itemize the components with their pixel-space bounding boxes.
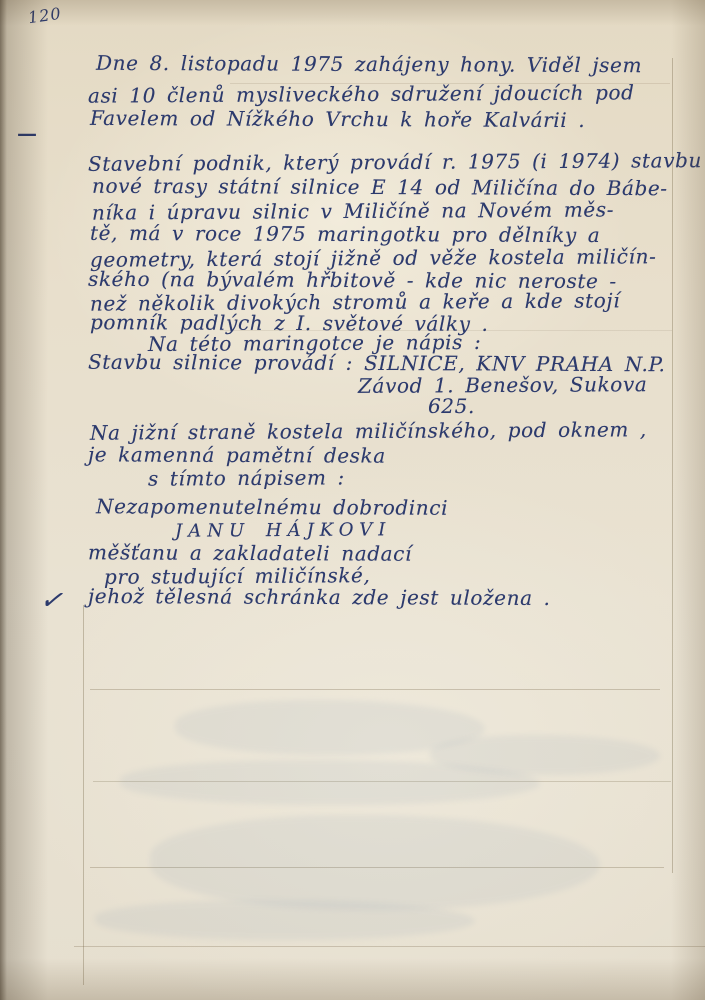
handwritten-line: Dne 8. listopadu 1975 zahájeny hony. Vid…	[96, 51, 642, 77]
handwritten-line: Favelem od Nížkého Vrchu k hoře Kalvárii…	[90, 106, 585, 132]
handwriting-layer: 120 — ✓ Dne 8. listopadu 1975 zahájeny h…	[0, 0, 705, 1000]
handwritten-line: Nezapomenutelnému dobrodinci	[96, 494, 448, 520]
handwritten-line: s tímto nápisem :	[148, 465, 345, 490]
handwritten-line: jehož tělesná schránka zde jest uložena …	[88, 584, 551, 610]
chronicle-page: { "page": { "number": "120" }, "marks": …	[0, 0, 705, 1000]
handwritten-line: Závod 1. Benešov, Sukova	[358, 372, 647, 398]
handwritten-line: 625.	[428, 394, 475, 418]
page-number: 120	[27, 4, 63, 27]
margin-dash-mark: —	[17, 121, 37, 145]
handwritten-line: měšťanu a zakladateli nadací	[88, 540, 412, 565]
handwritten-line: tě, má v roce 1975 maringotku pro dělník…	[90, 221, 600, 247]
handwritten-line: je kamenná pamětní deska	[88, 442, 386, 467]
handwritten-line: asi 10 členů mysliveckého sdružení jdouc…	[88, 80, 635, 107]
handwritten-line: Stavební podnik, který provádí r. 1975 (…	[88, 148, 702, 176]
handwritten-line: nové trasy státní silnice E 14 od Miličí…	[92, 174, 668, 201]
checkmark-icon: ✓	[38, 584, 64, 617]
handwritten-line: Na jižní straně kostela miličínského, po…	[90, 417, 647, 444]
